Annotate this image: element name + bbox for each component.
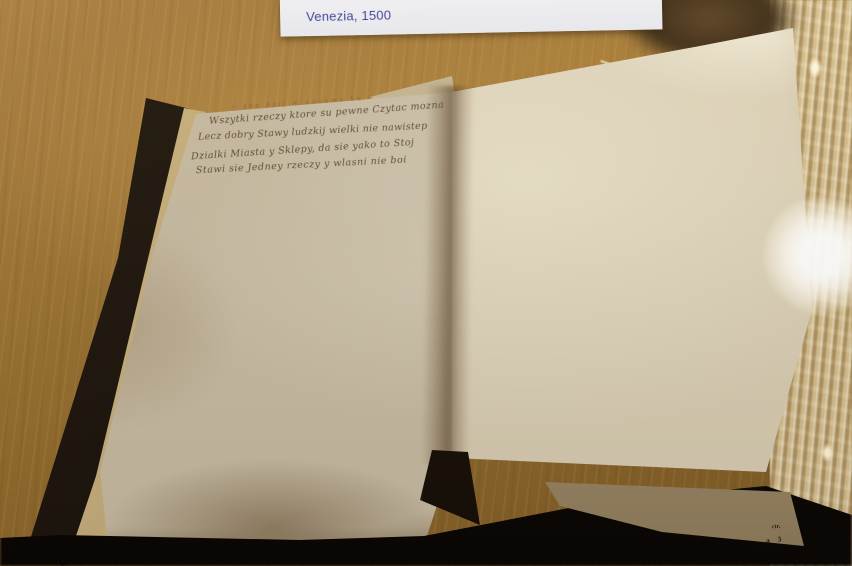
photo-open-incunabulum: ~ sha spij m ansamo ha ~Wszytki rzeczy k… (0, 0, 852, 566)
next-leaf-text-fragment: ctr, (772, 524, 781, 531)
gutter-shadow (421, 86, 474, 465)
next-leaf-signature: a 3 (766, 534, 785, 545)
label-title: Venezia, 1500 (306, 8, 391, 25)
